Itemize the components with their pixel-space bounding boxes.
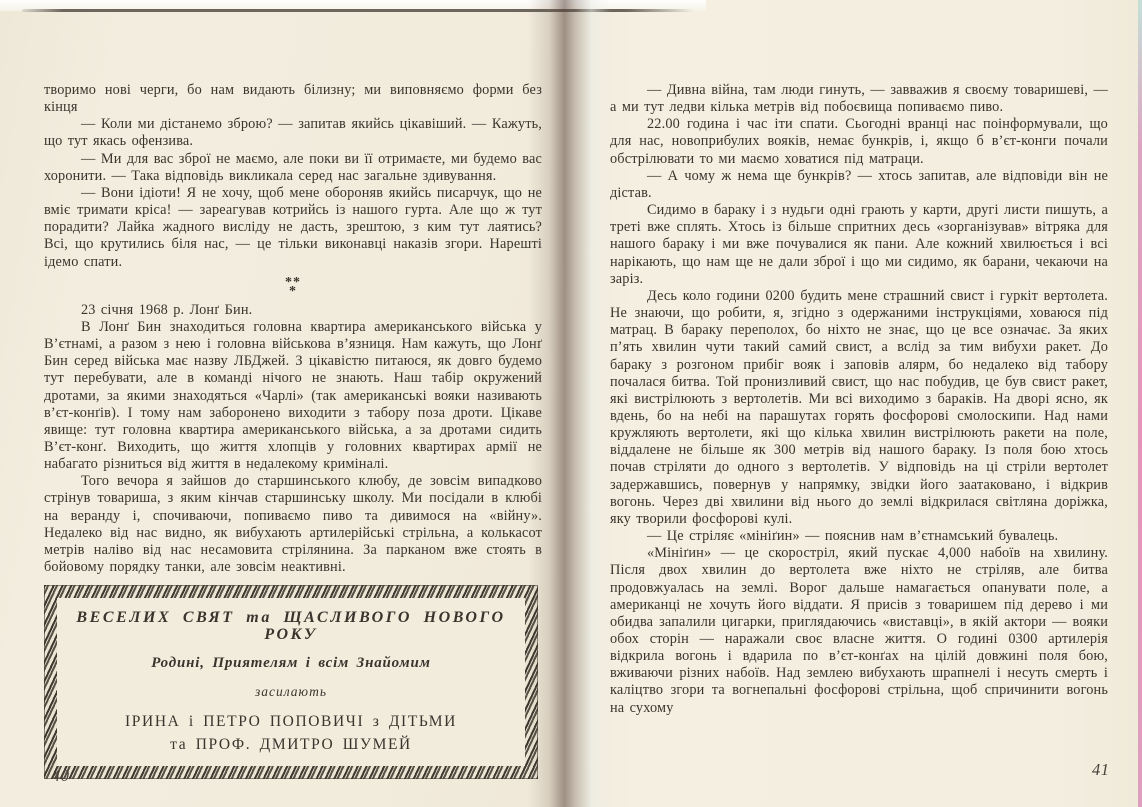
left-page-text-column: творимо нові черги, бо нам видають білиз… — [44, 82, 542, 779]
page-top-edge — [22, 9, 694, 12]
paragraph: «Мініґин» — це скоростріл, який пускає 4… — [610, 545, 1108, 717]
greeting-senders-line2: та ПРОФ. ДМИТРО ШУМЕЙ — [63, 736, 519, 753]
page-number-left: 40 — [52, 766, 70, 786]
greeting-card: ВЕСЕЛИХ СВЯТ та ЩАСЛИВОГО НОВОГО РОКУ Ро… — [44, 585, 538, 779]
greeting-senders-line1: ІРИНА і ПЕТРО ПОПОВИЧІ з ДІТЬМИ — [63, 713, 519, 730]
greeting-title: ВЕСЕЛИХ СВЯТ та ЩАСЛИВОГО НОВОГО РОКУ — [63, 609, 519, 643]
paragraph: — А чому ж нема ще бункрів? — хтось запи… — [610, 168, 1108, 202]
paragraph: — Дивна війна, там люди гинуть, — завваж… — [610, 82, 1108, 116]
left-paragraphs-bottom: 23 січня 1968 р. Лонґ Бин.В Лонґ Бин зна… — [44, 302, 542, 577]
paragraph: — Коли ми дістанемо зброю? — запитав яки… — [44, 116, 542, 150]
left-paragraphs-top: творимо нові черги, бо нам видають білиз… — [44, 82, 542, 271]
scanner-edge-artifact — [1138, 0, 1142, 807]
page-number-right: 41 — [1092, 760, 1110, 780]
section-separator: ** * — [44, 278, 542, 296]
greeting-verb: засилають — [63, 683, 519, 700]
greeting-card-content: ВЕСЕЛИХ СВЯТ та ЩАСЛИВОГО НОВОГО РОКУ Ро… — [57, 598, 525, 766]
greeting-recipients: Родині, Приятелям і всім Знайомим — [63, 655, 519, 672]
paragraph: Сидимо в бараку і з нудьги одні грають у… — [610, 202, 1108, 288]
paragraph: Десь коло години 0200 будить мене страшн… — [610, 288, 1108, 528]
separator-asterisk-bottom: * — [44, 287, 542, 296]
paragraph: 23 січня 1968 р. Лонґ Бин. — [44, 302, 542, 319]
paragraph: — Ми для вас зброї не маємо, але поки ви… — [44, 151, 542, 185]
paragraph: Того вечора я зайшов до старшинського кл… — [44, 473, 542, 576]
paragraph: В Лонґ Бин знаходиться головна квартира … — [44, 319, 542, 473]
paragraph: творимо нові черги, бо нам видають білиз… — [44, 82, 542, 116]
paragraph: — Вони ідіоти! Я не хочу, щоб мене оборо… — [44, 185, 542, 271]
right-paragraphs: — Дивна війна, там люди гинуть, — завваж… — [610, 82, 1108, 717]
paragraph: 22.00 година і час іти спати. Сьогодні в… — [610, 116, 1108, 167]
right-page-text-column: — Дивна війна, там люди гинуть, — завваж… — [610, 82, 1108, 717]
book-scan: { "left_page": { "paragraphs_top": [ {"c… — [0, 0, 1142, 807]
paragraph: — Це стріляє «мініґин» — пояснив нам в’є… — [610, 528, 1108, 545]
